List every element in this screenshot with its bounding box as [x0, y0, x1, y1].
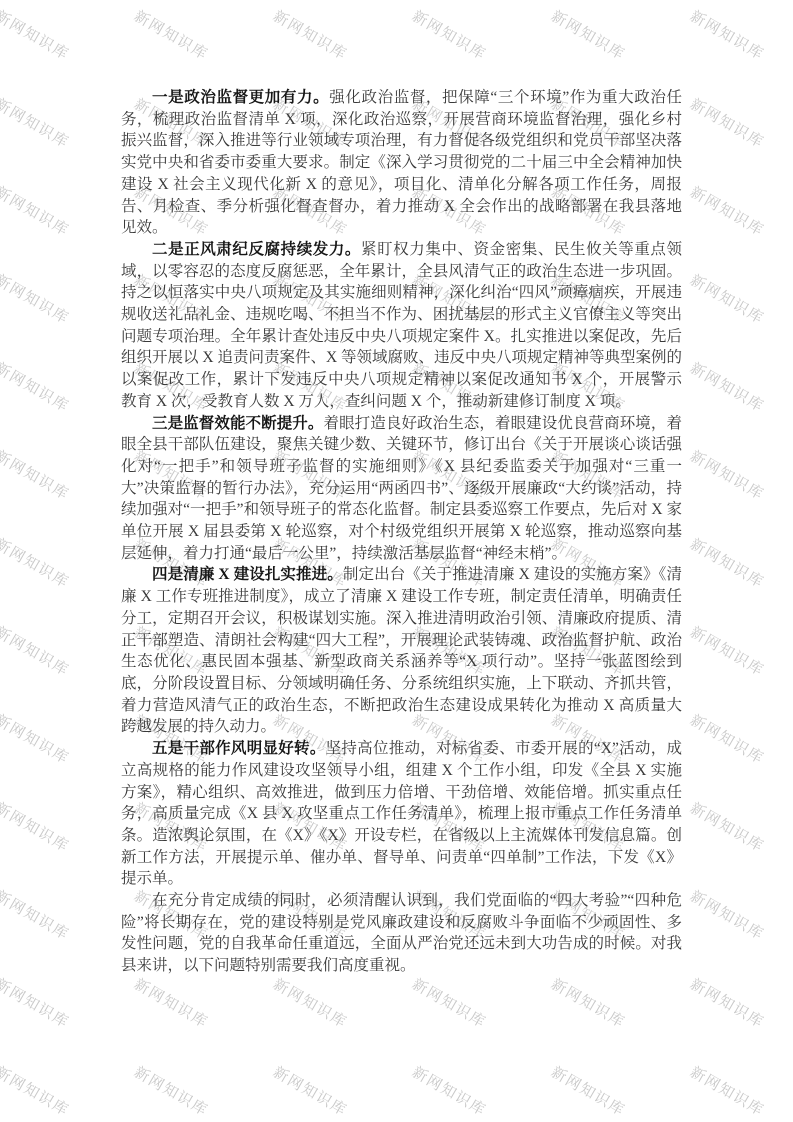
paragraph-3-text: 着眼打造良好政治生态，着眼建设优良营商环境，着眼全县干部队伍建设，聚焦关键少数、…: [121, 415, 682, 562]
paragraph-5-lead: 五是干部作风明显好转。: [152, 740, 326, 757]
watermark-text: 新网知识库: [0, 533, 73, 592]
watermark-text: 新网知识库: [131, 973, 213, 1032]
paragraph-2: 二是正风肃纪反腐持续发力。紧盯权力集中、资金密集、民生攸关等重点领域，以零容忍的…: [121, 239, 682, 413]
paragraph-4-lead: 四是清廉 X 建设扎实推进。: [152, 566, 343, 583]
paragraph-6: 在充分肯定成绩的同时，必须清醒认识到，我们党面临的“四大考验”“四种危险”将长期…: [121, 890, 682, 977]
watermark-text: 新网知识库: [270, 5, 352, 64]
paragraph-2-text: 紧盯权力集中、资金密集、民生攸关等重点领域，以零容忍的态度反腐惩恶，全年累计，全…: [121, 241, 682, 410]
watermark-text: 新网知识库: [548, 973, 630, 1032]
paragraph-3-lead: 三是监督效能不断提升。: [152, 415, 324, 432]
watermark-text: 新网知识库: [687, 797, 769, 856]
paragraph-2-lead: 二是正风肃纪反腐持续发力。: [152, 241, 361, 258]
watermark-text: 新网知识库: [0, 357, 73, 416]
watermark-text: 新网知识库: [0, 973, 73, 1032]
watermark-text: 新网知识库: [409, 973, 491, 1032]
watermark-text: 新网知识库: [0, 709, 73, 768]
watermark-text: 新网知识库: [687, 269, 769, 328]
paragraph-3: 三是监督效能不断提升。着眼打造良好政治生态，着眼建设优良营商环境，着眼全县干部队…: [121, 413, 682, 565]
watermark-text: 新网知识库: [687, 357, 769, 416]
watermark-text: 新网知识库: [131, 1061, 213, 1120]
paragraph-4: 四是清廉 X 建设扎实推进。制定出台《关于推进清廉 X 建设的实施方案》《清廉 …: [121, 564, 682, 738]
watermark-text: 新网知识库: [0, 269, 73, 328]
watermark-text: 新网知识库: [270, 973, 352, 1032]
watermark-text: 新网知识库: [0, 93, 73, 152]
watermark-text: 新网知识库: [687, 181, 769, 240]
watermark-text: 新网知识库: [687, 5, 769, 64]
watermark-text: 新网知识库: [0, 1061, 73, 1120]
watermark-text: 新网知识库: [0, 797, 73, 856]
watermark-text: 新网知识库: [0, 181, 73, 240]
paragraph-4-text: 制定出台《关于推进清廉 X 建设的实施方案》《清廉 X 工作专班推进制度》，成立…: [121, 566, 682, 735]
watermark-text: 新网知识库: [0, 885, 73, 944]
watermark-text: 新网知识库: [409, 1061, 491, 1120]
watermark-text: 新网知识库: [687, 973, 769, 1032]
watermark-text: 新网知识库: [687, 621, 769, 680]
watermark-text: 新网知识库: [0, 5, 73, 64]
watermark-text: 新网知识库: [687, 709, 769, 768]
watermark-text: 新网知识库: [0, 445, 73, 504]
watermark-text: 新网知识库: [0, 621, 73, 680]
watermark-text: 新网知识库: [548, 5, 630, 64]
watermark-text: 新网知识库: [409, 5, 491, 64]
watermark-text: 新网知识库: [687, 1061, 769, 1120]
watermark-text: 新网知识库: [687, 445, 769, 504]
paragraph-5-text: 坚持高位推动，对标省委、市委开展的“X”活动，成立高规格的能力作风建设攻坚领导小…: [121, 740, 682, 887]
paragraph-1: 一是政治监督更加有力。强化政治监督，把保障“三个环境”作为重大政治任务，梳理政治…: [121, 87, 682, 239]
paragraph-1-text: 强化政治监督，把保障“三个环境”作为重大政治任务，梳理政治监督清单 X 项，深化…: [121, 89, 682, 236]
watermark-text: 新网知识库: [548, 1061, 630, 1120]
paragraph-5: 五是干部作风明显好转。坚持高位推动，对标省委、市委开展的“X”活动，成立高规格的…: [121, 738, 682, 890]
paragraph-1-lead: 一是政治监督更加有力。: [152, 89, 329, 106]
document-body: 一是政治监督更加有力。强化政治监督，把保障“三个环境”作为重大政治任务，梳理政治…: [121, 87, 682, 977]
watermark-text: 新网知识库: [687, 885, 769, 944]
watermark-text: 新网知识库: [131, 5, 213, 64]
document-page: { "page": { "background": "#ffffff", "bo…: [0, 0, 793, 1122]
watermark-text: 新网知识库: [687, 93, 769, 152]
watermark-text: 新网知识库: [687, 533, 769, 592]
watermark-text: 新网知识库: [270, 1061, 352, 1120]
paragraph-6-text: 在充分肯定成绩的同时，必须清醒认识到，我们党面临的“四大考验”“四种危险”将长期…: [121, 892, 682, 974]
